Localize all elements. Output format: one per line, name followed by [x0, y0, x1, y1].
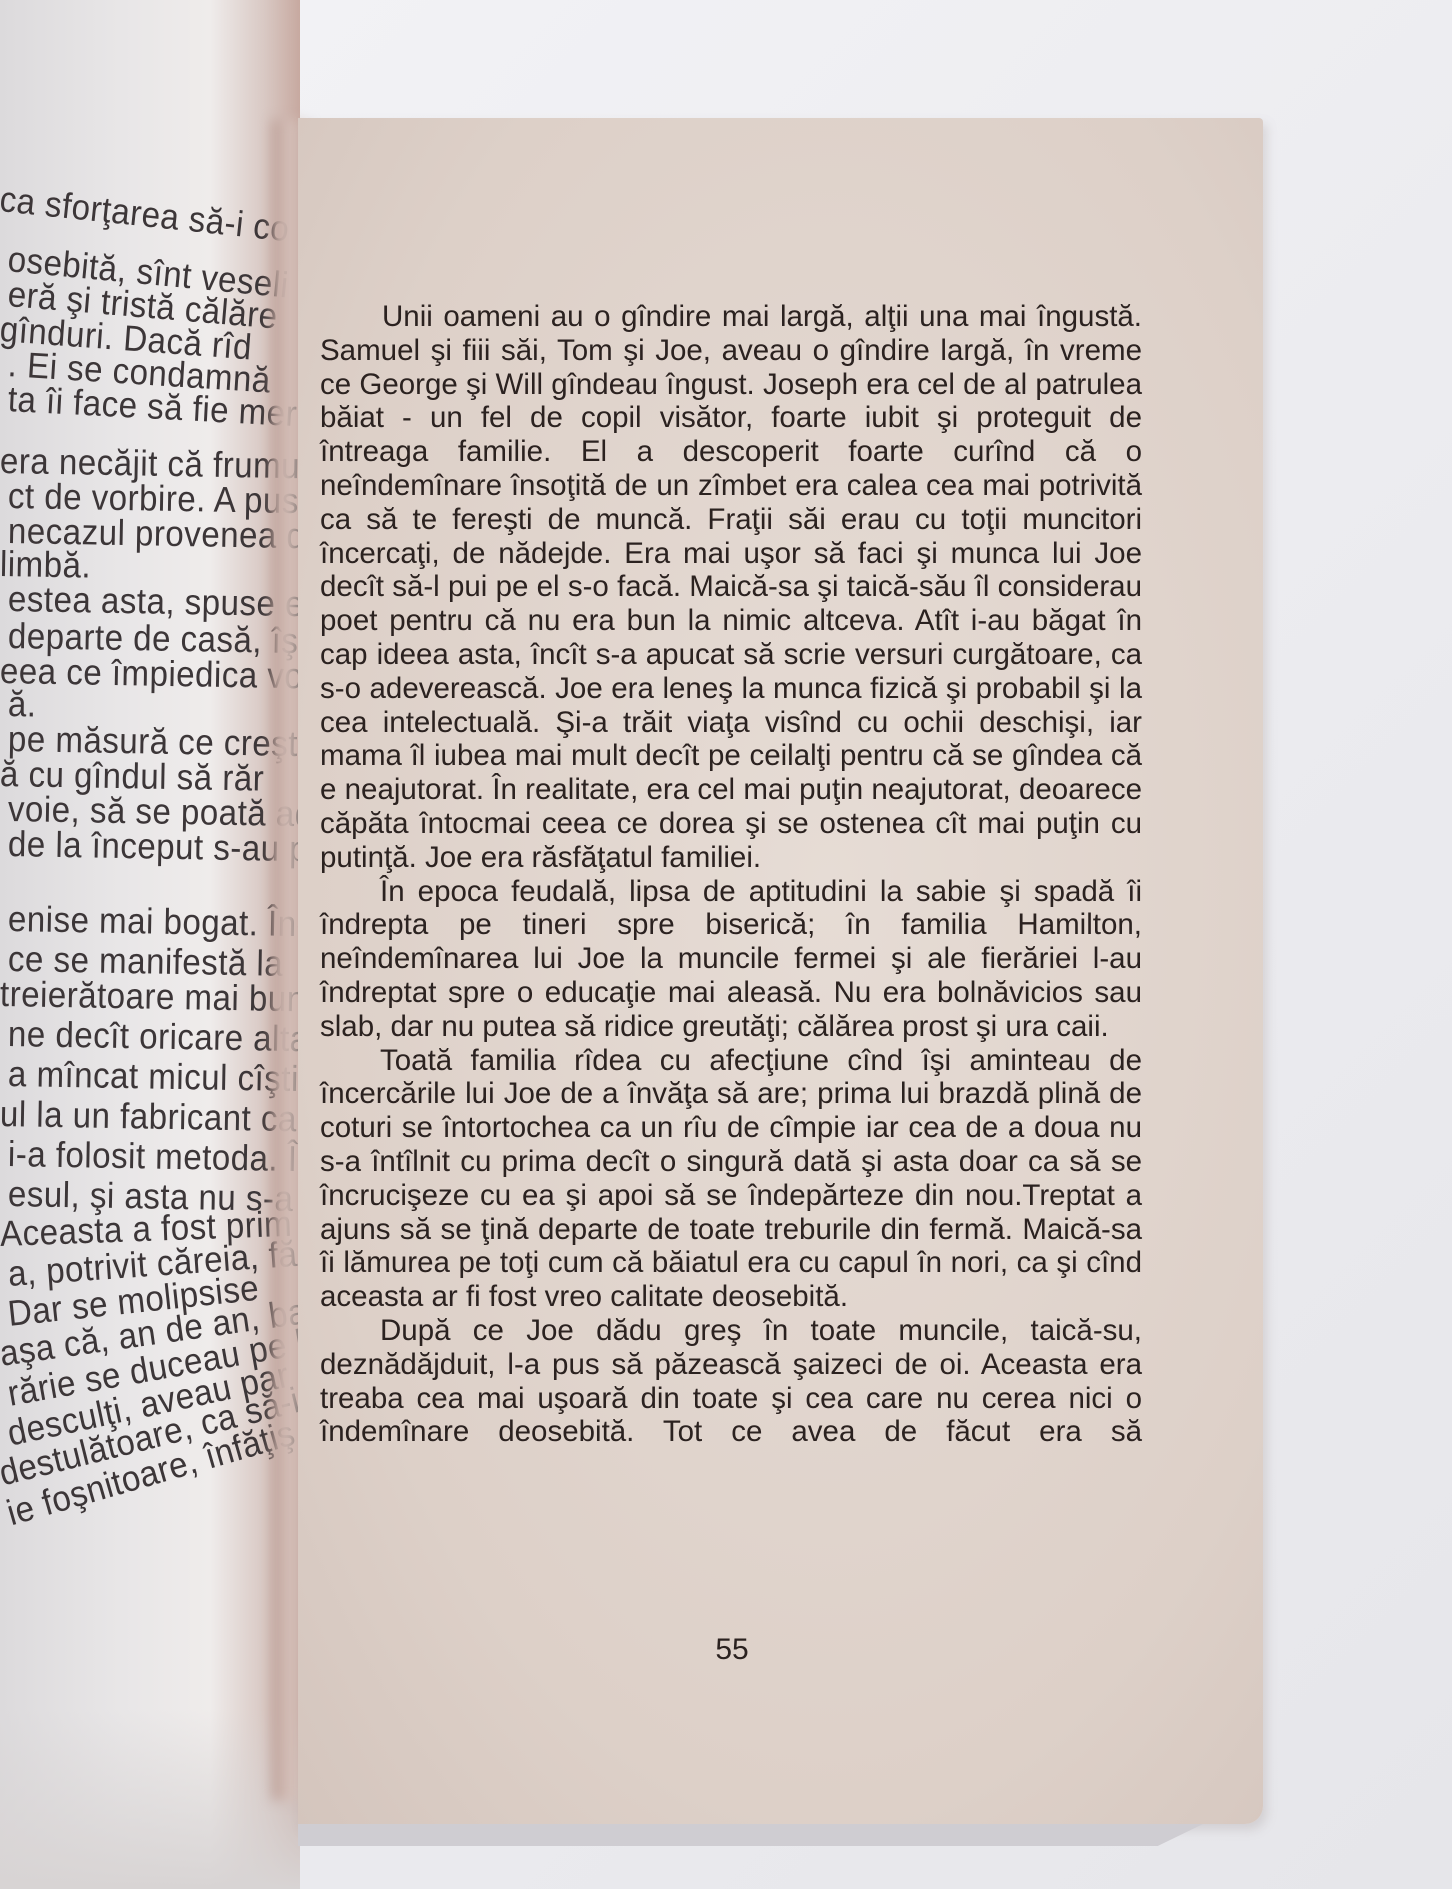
page-number: 55 — [712, 1633, 752, 1667]
left-page-line: ca sforţarea să-i co — [0, 180, 291, 248]
left-page-line: enise mai bogat. Înca — [8, 900, 300, 944]
left-page-shadow — [0, 1709, 300, 1889]
left-page: ca sforţarea să-i coosebită, sînt veseli… — [0, 0, 300, 1889]
left-page-line: de la început s-au p — [8, 825, 300, 868]
left-page-line: ne decît oricare alta — [8, 1015, 300, 1058]
paragraph: Toată familia rîdea cu afecţiune cînd îş… — [320, 1044, 1142, 1314]
page-stack-edge — [298, 1824, 1203, 1846]
left-page-line: eea ce împiedica vor — [0, 652, 300, 695]
paragraph: Unii oameni au o gîndire mai largă, alţi… — [320, 300, 1142, 875]
right-page-text: Unii oameni au o gîndire mai largă, alţi… — [320, 300, 1142, 1449]
left-page-line: ul la un fabricant ca — [0, 1095, 297, 1138]
paragraph: După ce Joe dădu greş în toate muncile, … — [320, 1314, 1142, 1449]
left-page-line: treierătoare mai bună — [0, 975, 300, 1019]
paragraph: În epoca feudală, lipsa de aptitudini la… — [320, 875, 1142, 1044]
left-page-line: a mîncat micul cîştig — [8, 1055, 300, 1098]
left-page-line: i-a folosit metoda. Î — [8, 1135, 298, 1178]
